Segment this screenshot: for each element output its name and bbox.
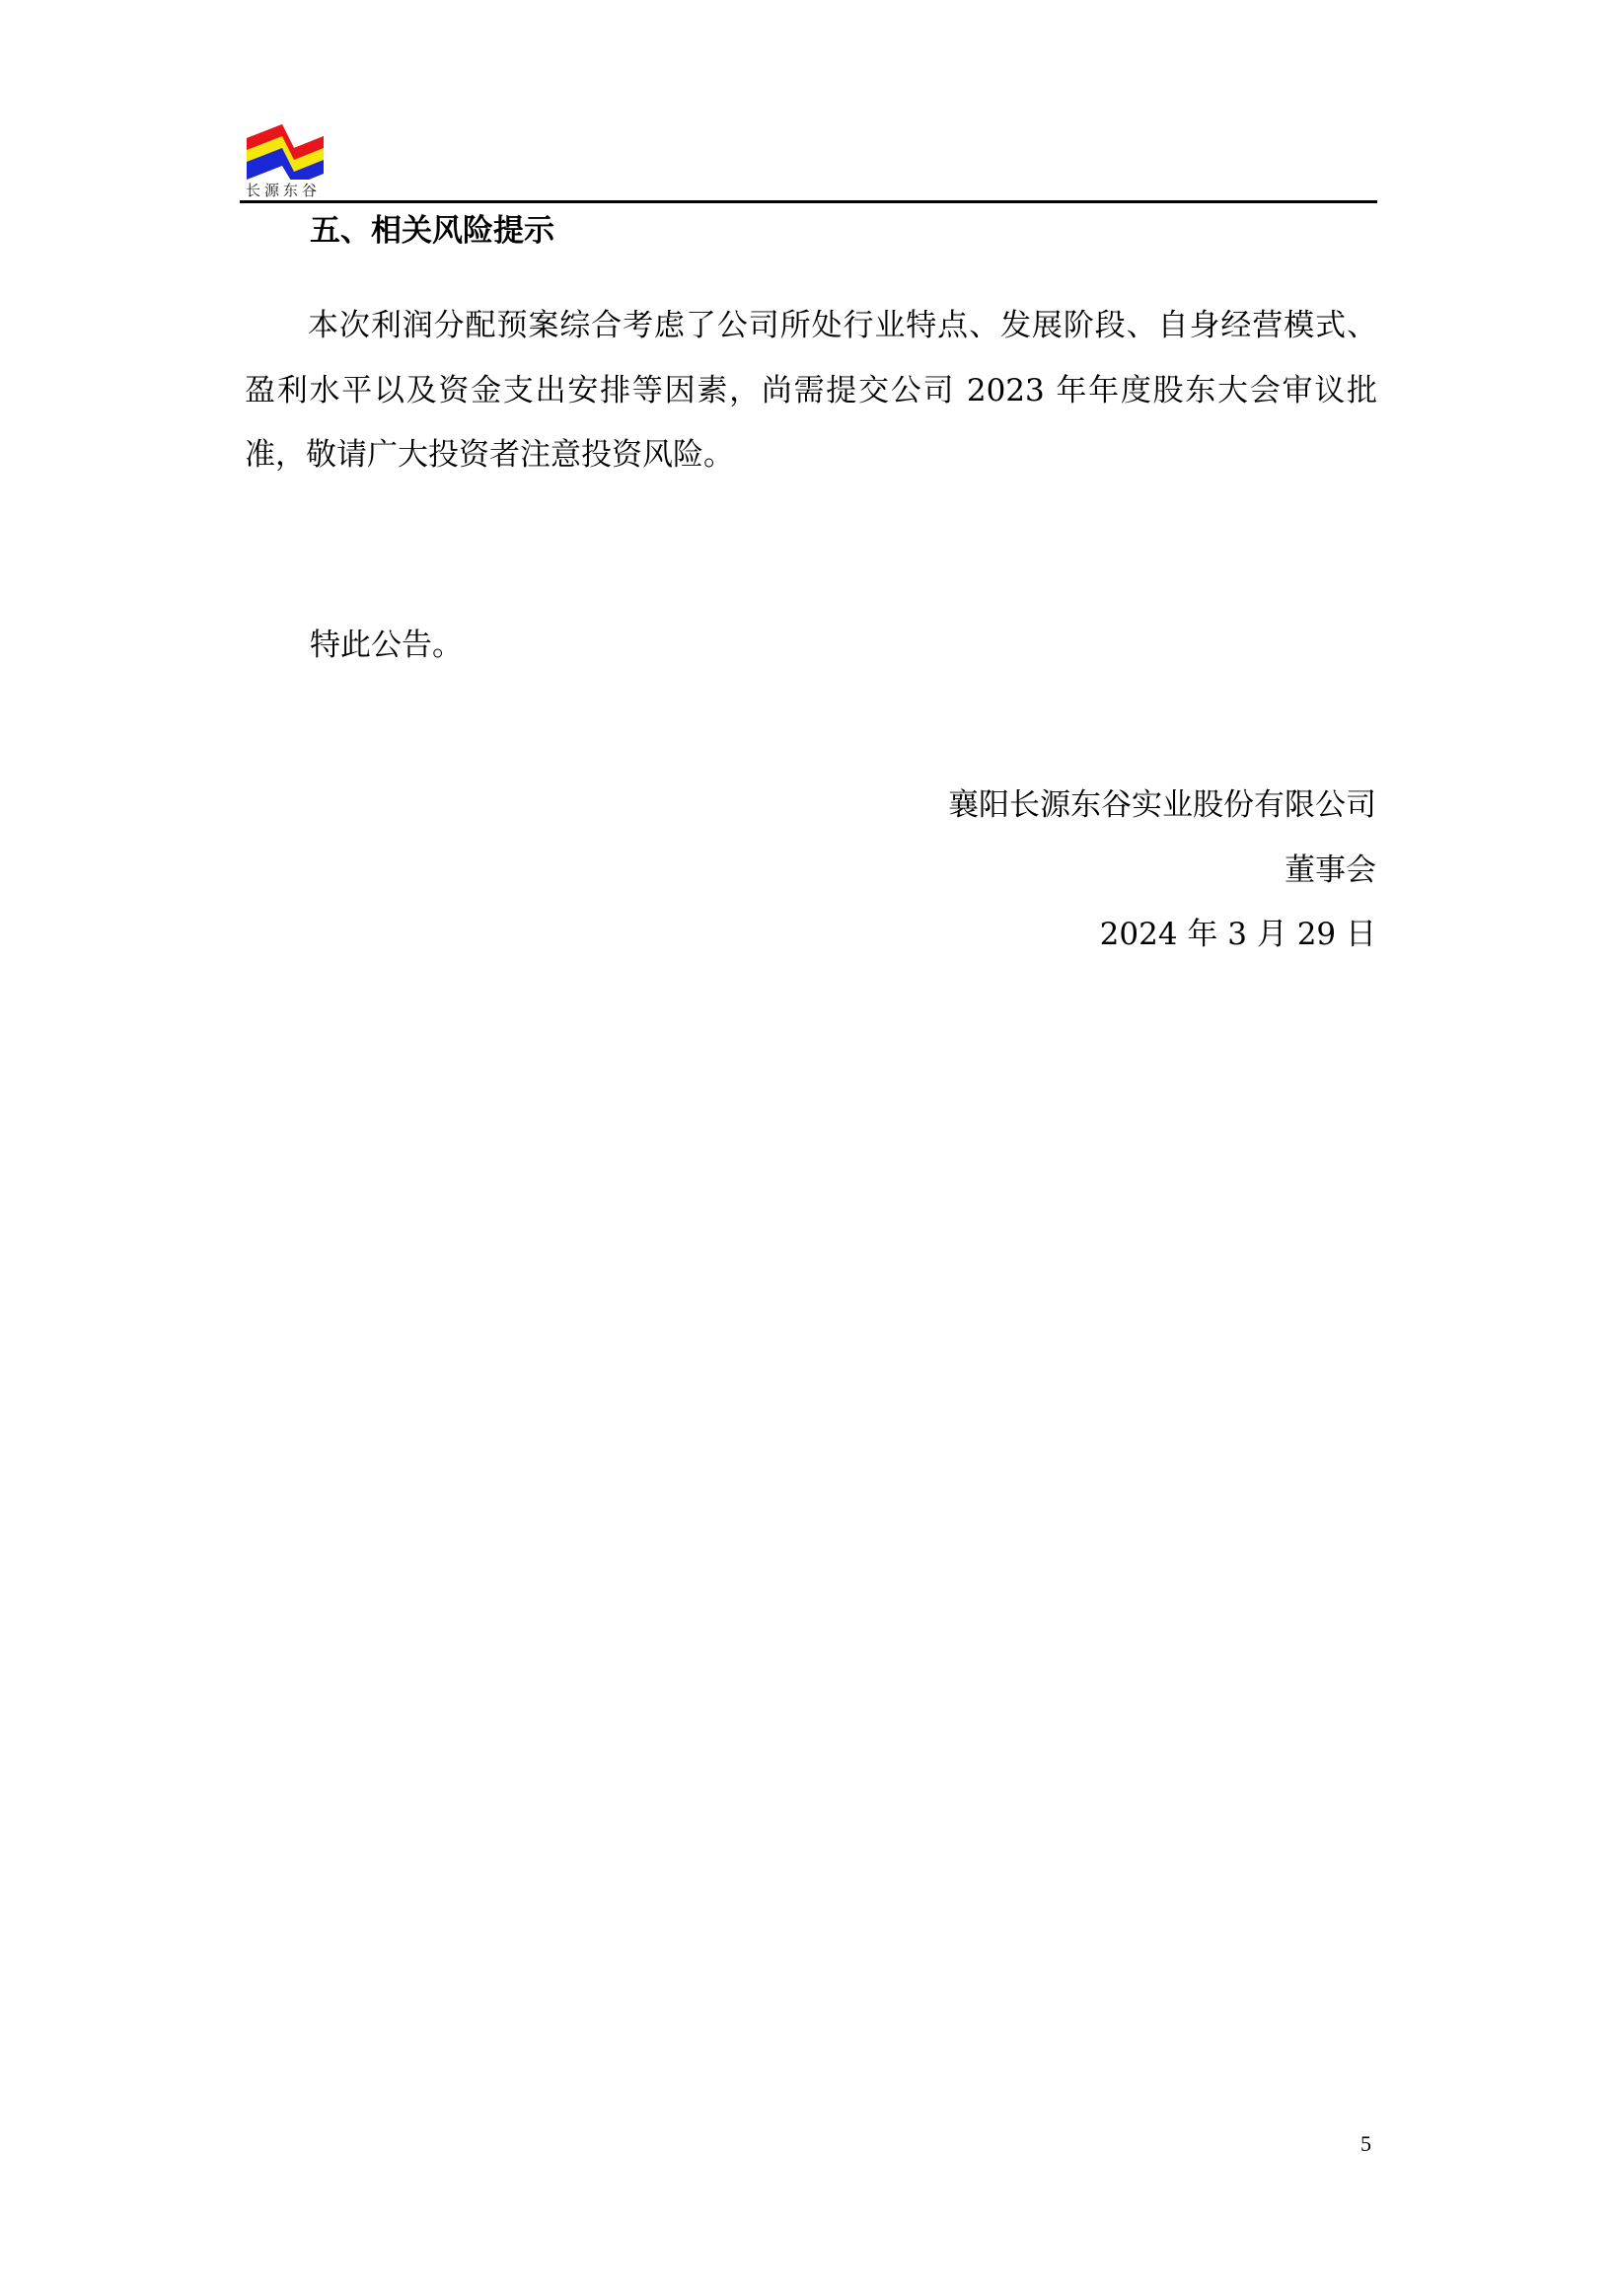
signature-company: 襄阳长源东谷实业股份有限公司 — [948, 779, 1376, 824]
signature-board: 董事会 — [1285, 845, 1376, 889]
closing-statement: 特此公告。 — [310, 620, 463, 664]
risk-paragraph: 本次利润分配预案综合考虑了公司所处行业特点、发展阶段、自身经营模式、盈利水平以及… — [245, 294, 1377, 488]
section-heading: 五、相关风险提示 — [310, 205, 554, 250]
header-rule — [240, 200, 1377, 203]
logo-caption: 长源东谷 — [246, 180, 321, 200]
page-number: 5 — [1360, 2131, 1371, 2157]
signature-date: 2024 年 3 月 29 日 — [1100, 909, 1376, 953]
